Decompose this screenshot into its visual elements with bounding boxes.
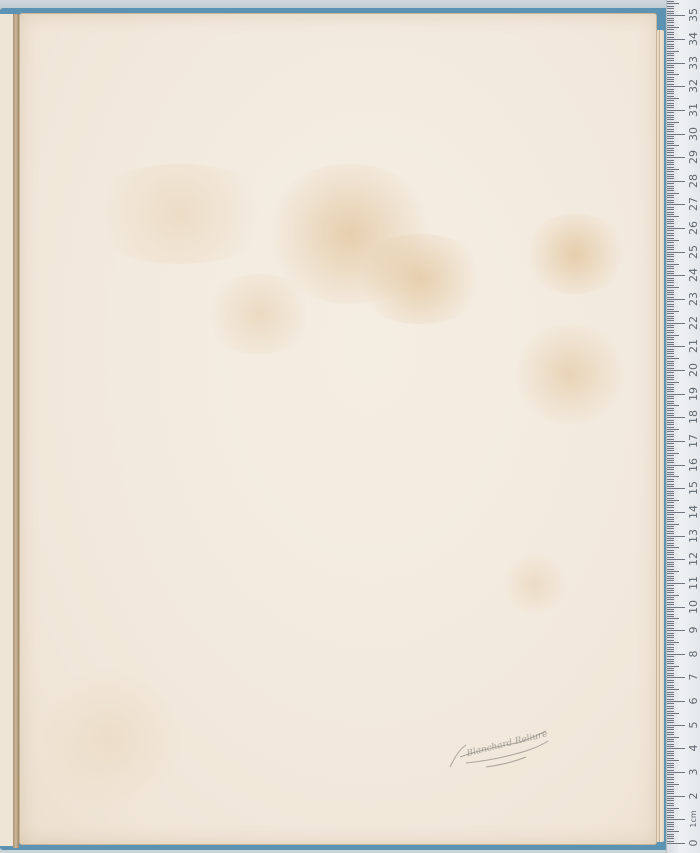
ruler-tick bbox=[667, 734, 674, 735]
ruler-tick bbox=[667, 729, 674, 730]
ruler-tick bbox=[667, 337, 674, 338]
ruler-tick bbox=[667, 578, 674, 579]
ruler-tick bbox=[667, 737, 679, 738]
ruler-tick bbox=[667, 760, 679, 761]
ruler-tick bbox=[667, 687, 674, 688]
ruler-tick bbox=[667, 282, 674, 283]
ruler-tick bbox=[667, 299, 685, 300]
ruler-tick bbox=[667, 443, 674, 444]
ruler-tick bbox=[667, 694, 674, 695]
ruler-tick bbox=[667, 375, 674, 376]
ruler-tick bbox=[667, 39, 685, 40]
ruler-tick bbox=[667, 623, 674, 624]
ruler-tick bbox=[667, 550, 674, 551]
ruler-tick bbox=[667, 826, 674, 827]
ruler-tick bbox=[667, 569, 674, 570]
ruler-tick bbox=[667, 37, 674, 38]
ruler-tick bbox=[667, 505, 674, 506]
ruler-tick bbox=[667, 741, 674, 742]
ruler-number: 0 bbox=[688, 833, 700, 853]
ruler-tick bbox=[667, 3, 679, 4]
foxing-stain bbox=[40, 664, 180, 814]
ruler-tick bbox=[667, 387, 674, 388]
ruler-tick bbox=[667, 552, 674, 553]
ruler-number: 21 bbox=[688, 336, 700, 356]
ruler-tick bbox=[667, 834, 674, 835]
ruler-tick bbox=[667, 268, 674, 269]
ruler-tick bbox=[667, 233, 674, 234]
ruler-tick bbox=[667, 55, 674, 56]
ruler-tick bbox=[667, 124, 674, 125]
ruler-tick bbox=[667, 439, 674, 440]
blank-page bbox=[19, 13, 657, 845]
ruler-tick bbox=[667, 216, 679, 217]
ruler-tick bbox=[667, 670, 674, 671]
ruler-tick bbox=[667, 784, 679, 785]
ruler-tick bbox=[667, 129, 674, 130]
ruler-tick bbox=[667, 566, 674, 567]
ruler-tick bbox=[667, 27, 679, 28]
ruler-tick bbox=[667, 699, 674, 700]
ruler-tick bbox=[667, 796, 685, 797]
ruler-tick bbox=[667, 372, 674, 373]
ruler-tick bbox=[667, 228, 685, 229]
ruler-number: 28 bbox=[688, 171, 700, 191]
ruler-tick bbox=[667, 446, 674, 447]
ruler-tick bbox=[667, 803, 674, 804]
ruler-tick bbox=[667, 614, 674, 615]
ruler-number: 31 bbox=[688, 100, 700, 120]
ruler-tick bbox=[667, 143, 674, 144]
ruler-tick bbox=[667, 58, 674, 59]
ruler-tick bbox=[667, 429, 679, 430]
ruler-tick bbox=[667, 292, 674, 293]
ruler-tick bbox=[667, 396, 674, 397]
ruler-tick bbox=[667, 609, 674, 610]
ruler-tick bbox=[667, 772, 685, 773]
ruler-tick bbox=[667, 663, 674, 664]
ruler-tick bbox=[667, 763, 674, 764]
ruler-tick bbox=[667, 616, 674, 617]
ruler-tick bbox=[667, 602, 674, 603]
ruler-tick bbox=[667, 290, 674, 291]
ruler-tick bbox=[667, 204, 685, 205]
ruler-tick bbox=[667, 363, 674, 364]
ruler-tick bbox=[667, 547, 679, 548]
ruler-tick bbox=[667, 630, 685, 631]
ruler-tick bbox=[667, 11, 674, 12]
ruler-tick bbox=[667, 450, 674, 451]
ruler-tick bbox=[667, 230, 674, 231]
ruler-tick bbox=[667, 431, 674, 432]
ruler-tick bbox=[667, 330, 674, 331]
ruler-tick bbox=[667, 74, 679, 75]
ruler-tick bbox=[667, 346, 685, 347]
ruler-tick bbox=[667, 831, 679, 832]
ruler-tick bbox=[667, 607, 685, 608]
ruler-tick bbox=[667, 60, 674, 61]
ruler-tick bbox=[667, 819, 685, 820]
ruler-tick bbox=[667, 235, 674, 236]
foxing-stain bbox=[350, 234, 490, 324]
ruler-tick bbox=[667, 564, 674, 565]
ruler-tick bbox=[667, 618, 679, 619]
ruler-tick bbox=[667, 353, 674, 354]
ruler-tick bbox=[667, 680, 674, 681]
ruler-tick bbox=[667, 812, 674, 813]
ruler-tick bbox=[667, 405, 679, 406]
ruler-tick bbox=[667, 512, 685, 513]
ruler-tick bbox=[667, 656, 674, 657]
ruler-tick bbox=[667, 155, 674, 156]
ruler-tick bbox=[667, 186, 674, 187]
ruler-tick bbox=[667, 171, 674, 172]
ruler-tick bbox=[667, 408, 674, 409]
ruler-number: 26 bbox=[688, 218, 700, 238]
ruler-tick bbox=[667, 15, 685, 16]
ruler-tick bbox=[667, 110, 685, 111]
ruler-number: 14 bbox=[688, 502, 700, 522]
ruler-number: 23 bbox=[688, 289, 700, 309]
ruler-number: 18 bbox=[688, 407, 700, 427]
ruler-tick bbox=[667, 455, 674, 456]
ruler-tick bbox=[667, 453, 679, 454]
foxing-stain bbox=[510, 324, 630, 424]
ruler-tick bbox=[667, 815, 674, 816]
ruler-tick bbox=[667, 500, 679, 501]
ruler-tick bbox=[667, 460, 674, 461]
ruler-tick bbox=[667, 708, 674, 709]
ruler-tick bbox=[667, 164, 674, 165]
ruler-tick bbox=[667, 434, 674, 435]
ruler-tick bbox=[667, 178, 674, 179]
ruler-tick bbox=[667, 115, 674, 116]
ruler-tick bbox=[667, 219, 674, 220]
ruler-tick bbox=[667, 720, 674, 721]
ruler-tick bbox=[667, 141, 674, 142]
ruler-tick bbox=[667, 659, 674, 660]
ruler-tick bbox=[667, 824, 674, 825]
ruler-tick bbox=[667, 800, 674, 801]
ruler-number: 17 bbox=[688, 431, 700, 451]
ruler-tick bbox=[667, 8, 674, 9]
ruler-tick bbox=[667, 264, 679, 265]
embossed-signature: Blanchard Reliure bbox=[446, 727, 552, 771]
ruler-number: 20 bbox=[688, 360, 700, 380]
ruler-tick bbox=[667, 297, 674, 298]
ruler-tick bbox=[667, 377, 674, 378]
ruler-tick bbox=[667, 495, 674, 496]
ruler-tick bbox=[667, 559, 685, 560]
ruler-tick bbox=[667, 519, 674, 520]
ruler-tick bbox=[667, 394, 685, 395]
ruler-tick bbox=[667, 273, 674, 274]
ruler-tick bbox=[667, 98, 679, 99]
ruler-tick bbox=[667, 304, 674, 305]
ruler-tick bbox=[667, 465, 685, 466]
ruler-tick bbox=[667, 18, 674, 19]
ruler-tick bbox=[667, 301, 674, 302]
ruler-tick bbox=[667, 779, 674, 780]
ruler-tick bbox=[667, 838, 674, 839]
ruler-tick bbox=[667, 131, 674, 132]
ruler-number: 35 bbox=[688, 5, 700, 25]
ruler-tick bbox=[667, 202, 674, 203]
ruler-tick bbox=[667, 611, 674, 612]
ruler-tick bbox=[667, 713, 679, 714]
ruler-tick bbox=[667, 117, 674, 118]
ruler-tick bbox=[667, 786, 674, 787]
ruler-tick bbox=[667, 682, 674, 683]
ruler-tick bbox=[667, 484, 674, 485]
ruler-tick bbox=[667, 122, 679, 123]
ruler-tick bbox=[667, 197, 674, 198]
ruler-tick bbox=[667, 29, 674, 30]
ruler-tick bbox=[667, 32, 674, 33]
ruler-tick bbox=[667, 48, 674, 49]
ruler-tick bbox=[667, 309, 674, 310]
ruler-tick bbox=[667, 493, 674, 494]
ruler-tick bbox=[667, 748, 685, 749]
ruler-tick bbox=[667, 701, 685, 702]
ruler-tick bbox=[667, 725, 685, 726]
ruler-tick bbox=[667, 689, 679, 690]
ruler-tick bbox=[667, 323, 685, 324]
ruler-tick bbox=[667, 413, 674, 414]
ruler-number: 29 bbox=[688, 147, 700, 167]
ruler-tick bbox=[667, 545, 674, 546]
ruler-tick bbox=[667, 221, 674, 222]
ruler-tick bbox=[667, 344, 674, 345]
ruler-tick bbox=[667, 789, 674, 790]
ruler-tick bbox=[667, 379, 674, 380]
ruler-tick bbox=[667, 339, 674, 340]
ruler-tick bbox=[667, 543, 674, 544]
ruler-number: 27 bbox=[688, 194, 700, 214]
ruler-tick bbox=[667, 635, 674, 636]
ruler-tick bbox=[667, 436, 674, 437]
ruler-tick bbox=[667, 313, 674, 314]
ruler-tick bbox=[667, 597, 674, 598]
ruler-tick bbox=[667, 777, 674, 778]
ruler-tick bbox=[667, 318, 674, 319]
ruler-tick bbox=[667, 183, 674, 184]
ruler-tick bbox=[667, 266, 674, 267]
ruler-tick bbox=[667, 152, 674, 153]
ruler-tick bbox=[667, 271, 674, 272]
ruler-tick bbox=[667, 41, 674, 42]
ruler-tick bbox=[667, 685, 674, 686]
ruler-tick bbox=[667, 491, 674, 492]
ruler-tick bbox=[667, 358, 679, 359]
ruler-tick bbox=[667, 673, 674, 674]
ruler-tick bbox=[667, 441, 685, 442]
ruler-tick bbox=[667, 793, 674, 794]
ruler-tick bbox=[667, 675, 674, 676]
ruler-tick bbox=[667, 361, 674, 362]
ruler-tick bbox=[667, 403, 674, 404]
ruler-tick bbox=[667, 415, 674, 416]
ruler-tick bbox=[667, 474, 674, 475]
ruler-number: 3 bbox=[688, 762, 700, 782]
ruler-tick bbox=[667, 391, 674, 392]
foxing-stain bbox=[520, 214, 630, 294]
ruler-tick bbox=[667, 157, 685, 158]
ruler-tick bbox=[667, 34, 674, 35]
ruler-number: 33 bbox=[688, 53, 700, 73]
ruler-tick bbox=[667, 188, 674, 189]
ruler-tick bbox=[667, 751, 674, 752]
ruler-tick bbox=[667, 195, 674, 196]
ruler-tick bbox=[667, 84, 674, 85]
ruler-number: 30 bbox=[688, 124, 700, 144]
ruler-tick bbox=[667, 668, 674, 669]
ruler-tick bbox=[667, 112, 674, 113]
ruler-tick bbox=[667, 103, 674, 104]
ruler-tick bbox=[667, 91, 674, 92]
ruler-tick bbox=[667, 65, 674, 66]
ruler-tick bbox=[667, 822, 674, 823]
ruler-tick bbox=[667, 755, 674, 756]
ruler-tick bbox=[667, 647, 674, 648]
ruler-tick bbox=[667, 753, 674, 754]
ruler-tick bbox=[667, 599, 674, 600]
ruler-tick bbox=[667, 476, 679, 477]
ruler-unit-label: 1cm bbox=[688, 809, 700, 829]
ruler-tick bbox=[667, 727, 674, 728]
ruler-tick bbox=[667, 722, 674, 723]
ruler-tick bbox=[667, 732, 674, 733]
ruler-tick bbox=[667, 240, 679, 241]
ruler-number: 24 bbox=[688, 265, 700, 285]
ruler-tick bbox=[667, 517, 674, 518]
ruler-tick bbox=[667, 417, 685, 418]
ruler-tick bbox=[667, 633, 674, 634]
ruler-tick bbox=[667, 365, 674, 366]
ruler-tick bbox=[667, 521, 674, 522]
ruler-number: 7 bbox=[688, 667, 700, 687]
ruler-tick bbox=[667, 767, 674, 768]
ruler-tick bbox=[667, 311, 679, 312]
ruler-number: 4 bbox=[688, 738, 700, 758]
ruler-tick bbox=[667, 843, 685, 844]
ruler-tick bbox=[667, 711, 674, 712]
ruler-number: 6 bbox=[688, 691, 700, 711]
ruler-tick bbox=[667, 51, 679, 52]
ruler-tick bbox=[667, 325, 674, 326]
ruler-tick bbox=[667, 252, 685, 253]
ruler-tick bbox=[667, 573, 674, 574]
ruler-tick bbox=[667, 259, 674, 260]
ruler-tick bbox=[667, 467, 674, 468]
ruler-tick bbox=[667, 739, 674, 740]
ruler-tick bbox=[667, 625, 674, 626]
ruler-tick bbox=[667, 536, 685, 537]
foxing-stain bbox=[500, 554, 570, 614]
ruler-tick bbox=[667, 368, 674, 369]
ruler-tick bbox=[667, 810, 674, 811]
foxing-stain bbox=[200, 274, 320, 354]
ruler-tick bbox=[667, 13, 674, 14]
ruler-number: 25 bbox=[688, 242, 700, 262]
ruler-tick bbox=[667, 256, 674, 257]
ruler-number: 11 bbox=[688, 573, 700, 593]
ruler-tick bbox=[667, 571, 679, 572]
ruler-tick bbox=[667, 275, 685, 276]
ruler-tick bbox=[667, 306, 674, 307]
ruler-tick bbox=[667, 105, 674, 106]
ruler-tick bbox=[667, 223, 674, 224]
ruler-tick bbox=[667, 744, 674, 745]
ruler-tick bbox=[667, 595, 679, 596]
ruler-tick bbox=[667, 621, 674, 622]
ruler-number: 32 bbox=[688, 76, 700, 96]
ruler-tick bbox=[667, 200, 674, 201]
ruler-tick bbox=[667, 160, 674, 161]
ruler-tick bbox=[667, 398, 674, 399]
ruler-tick bbox=[667, 817, 674, 818]
ruler-tick bbox=[667, 119, 674, 120]
ruler-tick bbox=[667, 86, 685, 87]
ruler-tick bbox=[667, 526, 674, 527]
ruler-tick bbox=[667, 514, 674, 515]
ruler-tick bbox=[667, 424, 674, 425]
ruler-tick bbox=[667, 134, 685, 135]
ruler-tick bbox=[667, 193, 679, 194]
ruler-number: 12 bbox=[688, 549, 700, 569]
ruler-tick bbox=[667, 93, 674, 94]
ruler-tick bbox=[667, 696, 674, 697]
ruler-tick bbox=[667, 280, 674, 281]
ruler-tick bbox=[667, 502, 674, 503]
ruler-tick bbox=[667, 245, 674, 246]
ruler-tick bbox=[667, 79, 674, 80]
foxing-stain bbox=[80, 164, 280, 264]
ruler-tick bbox=[667, 498, 674, 499]
ruler-tick bbox=[667, 81, 674, 82]
ruler-tick bbox=[667, 214, 674, 215]
ruler-tick bbox=[667, 654, 685, 655]
ruler-tick bbox=[667, 791, 674, 792]
ruler-number: 34 bbox=[688, 29, 700, 49]
ruler-tick bbox=[667, 746, 674, 747]
ruler-tick bbox=[667, 427, 674, 428]
ruler-number: 10 bbox=[688, 597, 700, 617]
ruler-tick bbox=[667, 628, 674, 629]
ruler-tick bbox=[667, 706, 674, 707]
ruler-tick bbox=[667, 148, 674, 149]
ruler-tick bbox=[667, 758, 674, 759]
ruler-tick bbox=[667, 332, 674, 333]
ruler-tick bbox=[667, 580, 674, 581]
ruler-tick bbox=[667, 320, 674, 321]
ruler-tick bbox=[667, 651, 674, 652]
ruler-tick bbox=[667, 507, 674, 508]
ruler-tick bbox=[667, 642, 679, 643]
ruler-tick bbox=[667, 649, 674, 650]
ruler-tick bbox=[667, 46, 674, 47]
ruler-tick bbox=[667, 100, 674, 101]
ruler-tick bbox=[667, 22, 674, 23]
ruler-tick bbox=[667, 6, 674, 7]
ruler-tick bbox=[667, 242, 674, 243]
ruler-tick bbox=[667, 190, 674, 191]
ruler-tick bbox=[667, 562, 674, 563]
ruler-tick bbox=[667, 774, 674, 775]
ruler-tick bbox=[667, 798, 674, 799]
ruler-tick bbox=[667, 524, 679, 525]
ruler-tick bbox=[667, 294, 674, 295]
